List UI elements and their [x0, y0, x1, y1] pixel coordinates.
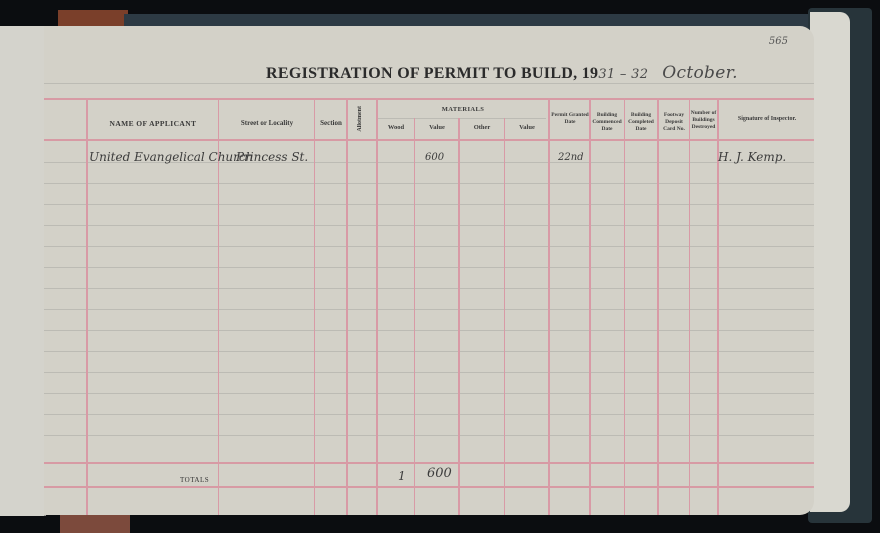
rule [44, 414, 814, 415]
rule [44, 393, 814, 394]
header-footway-deposit-card-no: Footway Deposit Card No. [659, 112, 689, 133]
totals-bottom-rule [44, 486, 814, 488]
column-divider [414, 118, 415, 515]
header-top-rule [44, 98, 814, 100]
column-divider [624, 98, 625, 515]
entry-name-of-applicant: United Evangelical Church [89, 150, 253, 164]
column-divider [657, 98, 659, 515]
page-stack-edge [810, 12, 850, 512]
column-divider [86, 98, 88, 515]
book-binding-bottom [60, 515, 130, 533]
entry-signature-of-inspector: H. J. Kemp. [718, 150, 786, 164]
rule [44, 309, 814, 310]
ledger-page: 565 REGISTRATION OF PERMIT TO BUILD, 193… [44, 26, 814, 515]
header-signature-of-inspector: Signature of Inspector. [720, 116, 814, 123]
header-value-2: Value [506, 124, 548, 131]
rule [44, 330, 814, 331]
facing-page-left [0, 26, 46, 516]
page-number: 565 [769, 36, 788, 47]
rule [44, 267, 814, 268]
header-bottom-rule [44, 139, 814, 141]
materials-rule [376, 118, 546, 119]
entry-value-1: 600 [425, 152, 444, 163]
column-divider [548, 98, 550, 515]
rule [44, 204, 814, 205]
header-name-of-applicant: NAME OF APPLICANT [88, 120, 218, 127]
totals-top-rule [44, 462, 814, 464]
column-divider [689, 98, 690, 515]
rule [44, 288, 814, 289]
rule [44, 225, 814, 226]
totals-wood: 1 [398, 469, 406, 483]
rule [44, 351, 814, 352]
column-divider [346, 98, 348, 515]
header-permit-granted-date: Permit Granted Date [551, 112, 589, 126]
entry-permit-granted-date: 22nd [558, 152, 584, 163]
column-divider [504, 118, 505, 515]
header-allotment: Allotment [357, 106, 363, 132]
header-wood: Wood [378, 124, 414, 131]
column-divider [589, 98, 591, 515]
column-divider [458, 118, 460, 515]
column-divider [314, 98, 315, 515]
rule [44, 183, 814, 184]
header-building-completed-date: Building Completed Date [625, 112, 657, 133]
header-materials: MATERIALS [378, 106, 548, 113]
header-other: Other [460, 124, 504, 131]
header-value-1: Value [416, 124, 458, 131]
totals-label: TOTALS [180, 476, 209, 484]
entry-street-or-locality: Princess St. [236, 150, 308, 164]
rule [44, 83, 814, 84]
header-street-or-locality: Street or Locality [220, 120, 314, 127]
header-section: Section [316, 120, 346, 127]
totals-value-1: 600 [427, 466, 452, 481]
header-number-of-buildings-destroyed: Number of Buildings Destroyed [690, 110, 717, 131]
rule [44, 372, 814, 373]
title-month-handwritten: October. [662, 63, 738, 83]
page-title: REGISTRATION OF PERMIT TO BUILD, 1931 – … [266, 63, 738, 83]
title-year-handwritten: 31 – 32 [598, 67, 648, 82]
rule [44, 435, 814, 436]
title-printed: REGISTRATION OF PERMIT TO BUILD, 19 [266, 65, 598, 82]
rule [44, 246, 814, 247]
header-building-commenced-date: Building Commenced Date [590, 112, 624, 133]
column-divider [376, 98, 378, 515]
